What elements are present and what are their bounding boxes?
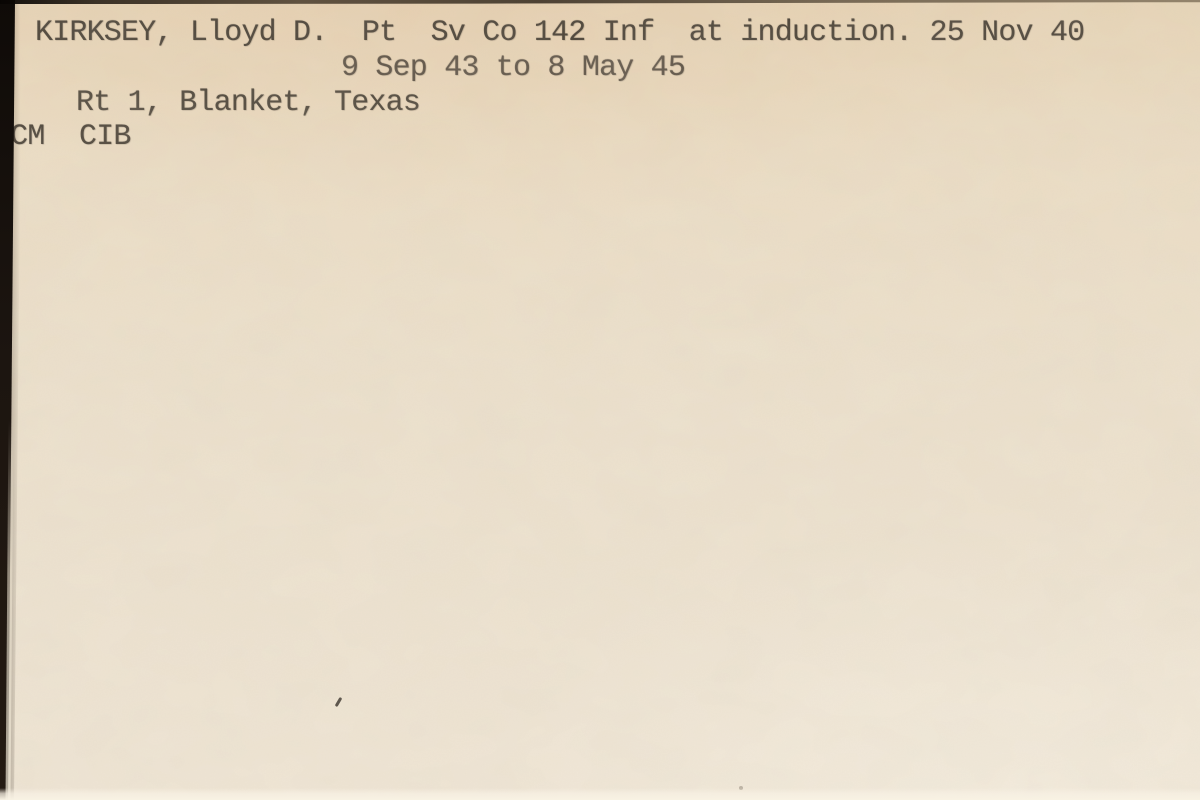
card-line-service-dates: 9 Sep 43 to 8 May 45 bbox=[341, 53, 685, 83]
ink-speck bbox=[335, 697, 343, 707]
card-bottom-edge bbox=[0, 788, 1200, 800]
card-line-address: Rt 1, Blanket, Texas bbox=[76, 88, 420, 118]
paper-texture bbox=[0, 0, 1200, 800]
scanned-index-card: KIRKSEY, Lloyd D. Pt Sv Co 142 Inf at in… bbox=[0, 0, 1200, 800]
scan-top-edge bbox=[0, 0, 1200, 4]
card-line-name-unit-induction: KIRKSEY, Lloyd D. Pt Sv Co 142 Inf at in… bbox=[35, 18, 1084, 48]
